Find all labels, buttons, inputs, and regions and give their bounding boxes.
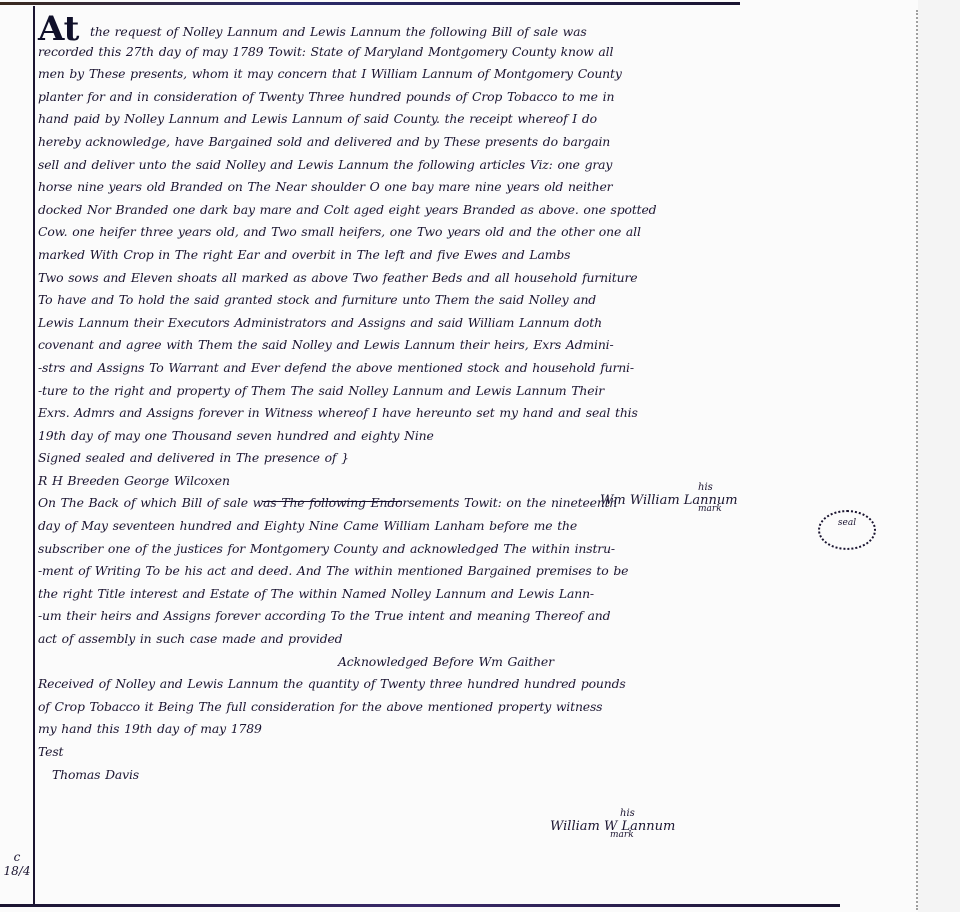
document-line: horse nine years old Branded on The Near…: [38, 176, 914, 199]
document-line: men by These presents, whom it may conce…: [38, 63, 914, 86]
left-margin-rule: [33, 6, 35, 906]
witness-names: R H Breeden George Wilcoxen: [38, 470, 914, 493]
document-line: On The Back of which Bill of sale was Th…: [38, 492, 914, 515]
document-line: Two sows and Eleven shoats all marked as…: [38, 267, 914, 290]
document-line: planter for and in consideration of Twen…: [38, 86, 914, 109]
document-line: -strs and Assigns To Warrant and Ever de…: [38, 357, 914, 380]
bottom-border-rule: [0, 904, 840, 907]
document-line: recorded this 27th day of may 1789 Towit…: [38, 41, 914, 64]
margin-note-line-2: 18/4: [2, 864, 32, 878]
acknowledgement-line: Acknowledged Before Wm Gaither: [38, 651, 914, 674]
document-line: To have and To hold the said granted sto…: [38, 289, 914, 312]
first-signature: his Wm William Lannum mark: [600, 482, 738, 514]
document-line: my hand this 19th day of may 1789: [38, 718, 914, 741]
document-line: docked Nor Branded one dark bay mare and…: [38, 199, 914, 222]
witness-underline: [262, 501, 402, 502]
top-border-rule: [0, 2, 740, 5]
seal-mark: seal: [818, 510, 876, 550]
drop-cap: At: [38, 18, 90, 40]
document-line: day of May seventeen hundred and Eighty …: [38, 515, 914, 538]
document-line: the right Title interest and Estate of T…: [38, 583, 914, 606]
margin-note-line-1: c: [2, 850, 32, 864]
test-label: Test: [38, 741, 914, 764]
margin-note: c 18/4: [2, 850, 32, 878]
signature-his: his: [600, 482, 738, 493]
document-line: covenant and agree with Them the said No…: [38, 334, 914, 357]
document-line: marked With Crop in The right Ear and ov…: [38, 244, 914, 267]
document-line: Lewis Lannum their Executors Administrat…: [38, 312, 914, 335]
document-line: of Crop Tobacco it Being The full consid…: [38, 696, 914, 719]
document-line: sell and deliver unto the said Nolley an…: [38, 154, 914, 177]
document-body: Atthe request of Nolley Lannum and Lewis…: [38, 14, 914, 786]
document-line: -um their heirs and Assigns forever acco…: [38, 605, 914, 628]
document-line: Exrs. Admrs and Assigns forever in Witne…: [38, 402, 914, 425]
document-line: Received of Nolley and Lewis Lannum the …: [38, 673, 914, 696]
right-page-margin: [918, 0, 960, 912]
document-line: hand paid by Nolley Lannum and Lewis Lan…: [38, 108, 914, 131]
witness-signature: Thomas Davis: [38, 764, 914, 787]
document-line: -ment of Writing To be his act and deed.…: [38, 560, 914, 583]
document-line: Signed sealed and delivered in The prese…: [38, 447, 914, 470]
second-signature: his William W Lannum mark: [550, 808, 675, 840]
document-line: -ture to the right and property of Them …: [38, 380, 914, 403]
document-line: act of assembly in such case made and pr…: [38, 628, 914, 651]
document-line: 19th day of may one Thousand seven hundr…: [38, 425, 914, 448]
seal-label: seal: [838, 518, 856, 528]
document-line: Cow. one heifer three years old, and Two…: [38, 221, 914, 244]
binding-edge: [916, 10, 921, 910]
line-text: the request of Nolley Lannum and Lewis L…: [90, 24, 587, 39]
document-line: Atthe request of Nolley Lannum and Lewis…: [38, 14, 914, 41]
document-line: hereby acknowledge, have Bargained sold …: [38, 131, 914, 154]
document-line: subscriber one of the justices for Montg…: [38, 538, 914, 561]
signature-his: his: [550, 808, 675, 819]
